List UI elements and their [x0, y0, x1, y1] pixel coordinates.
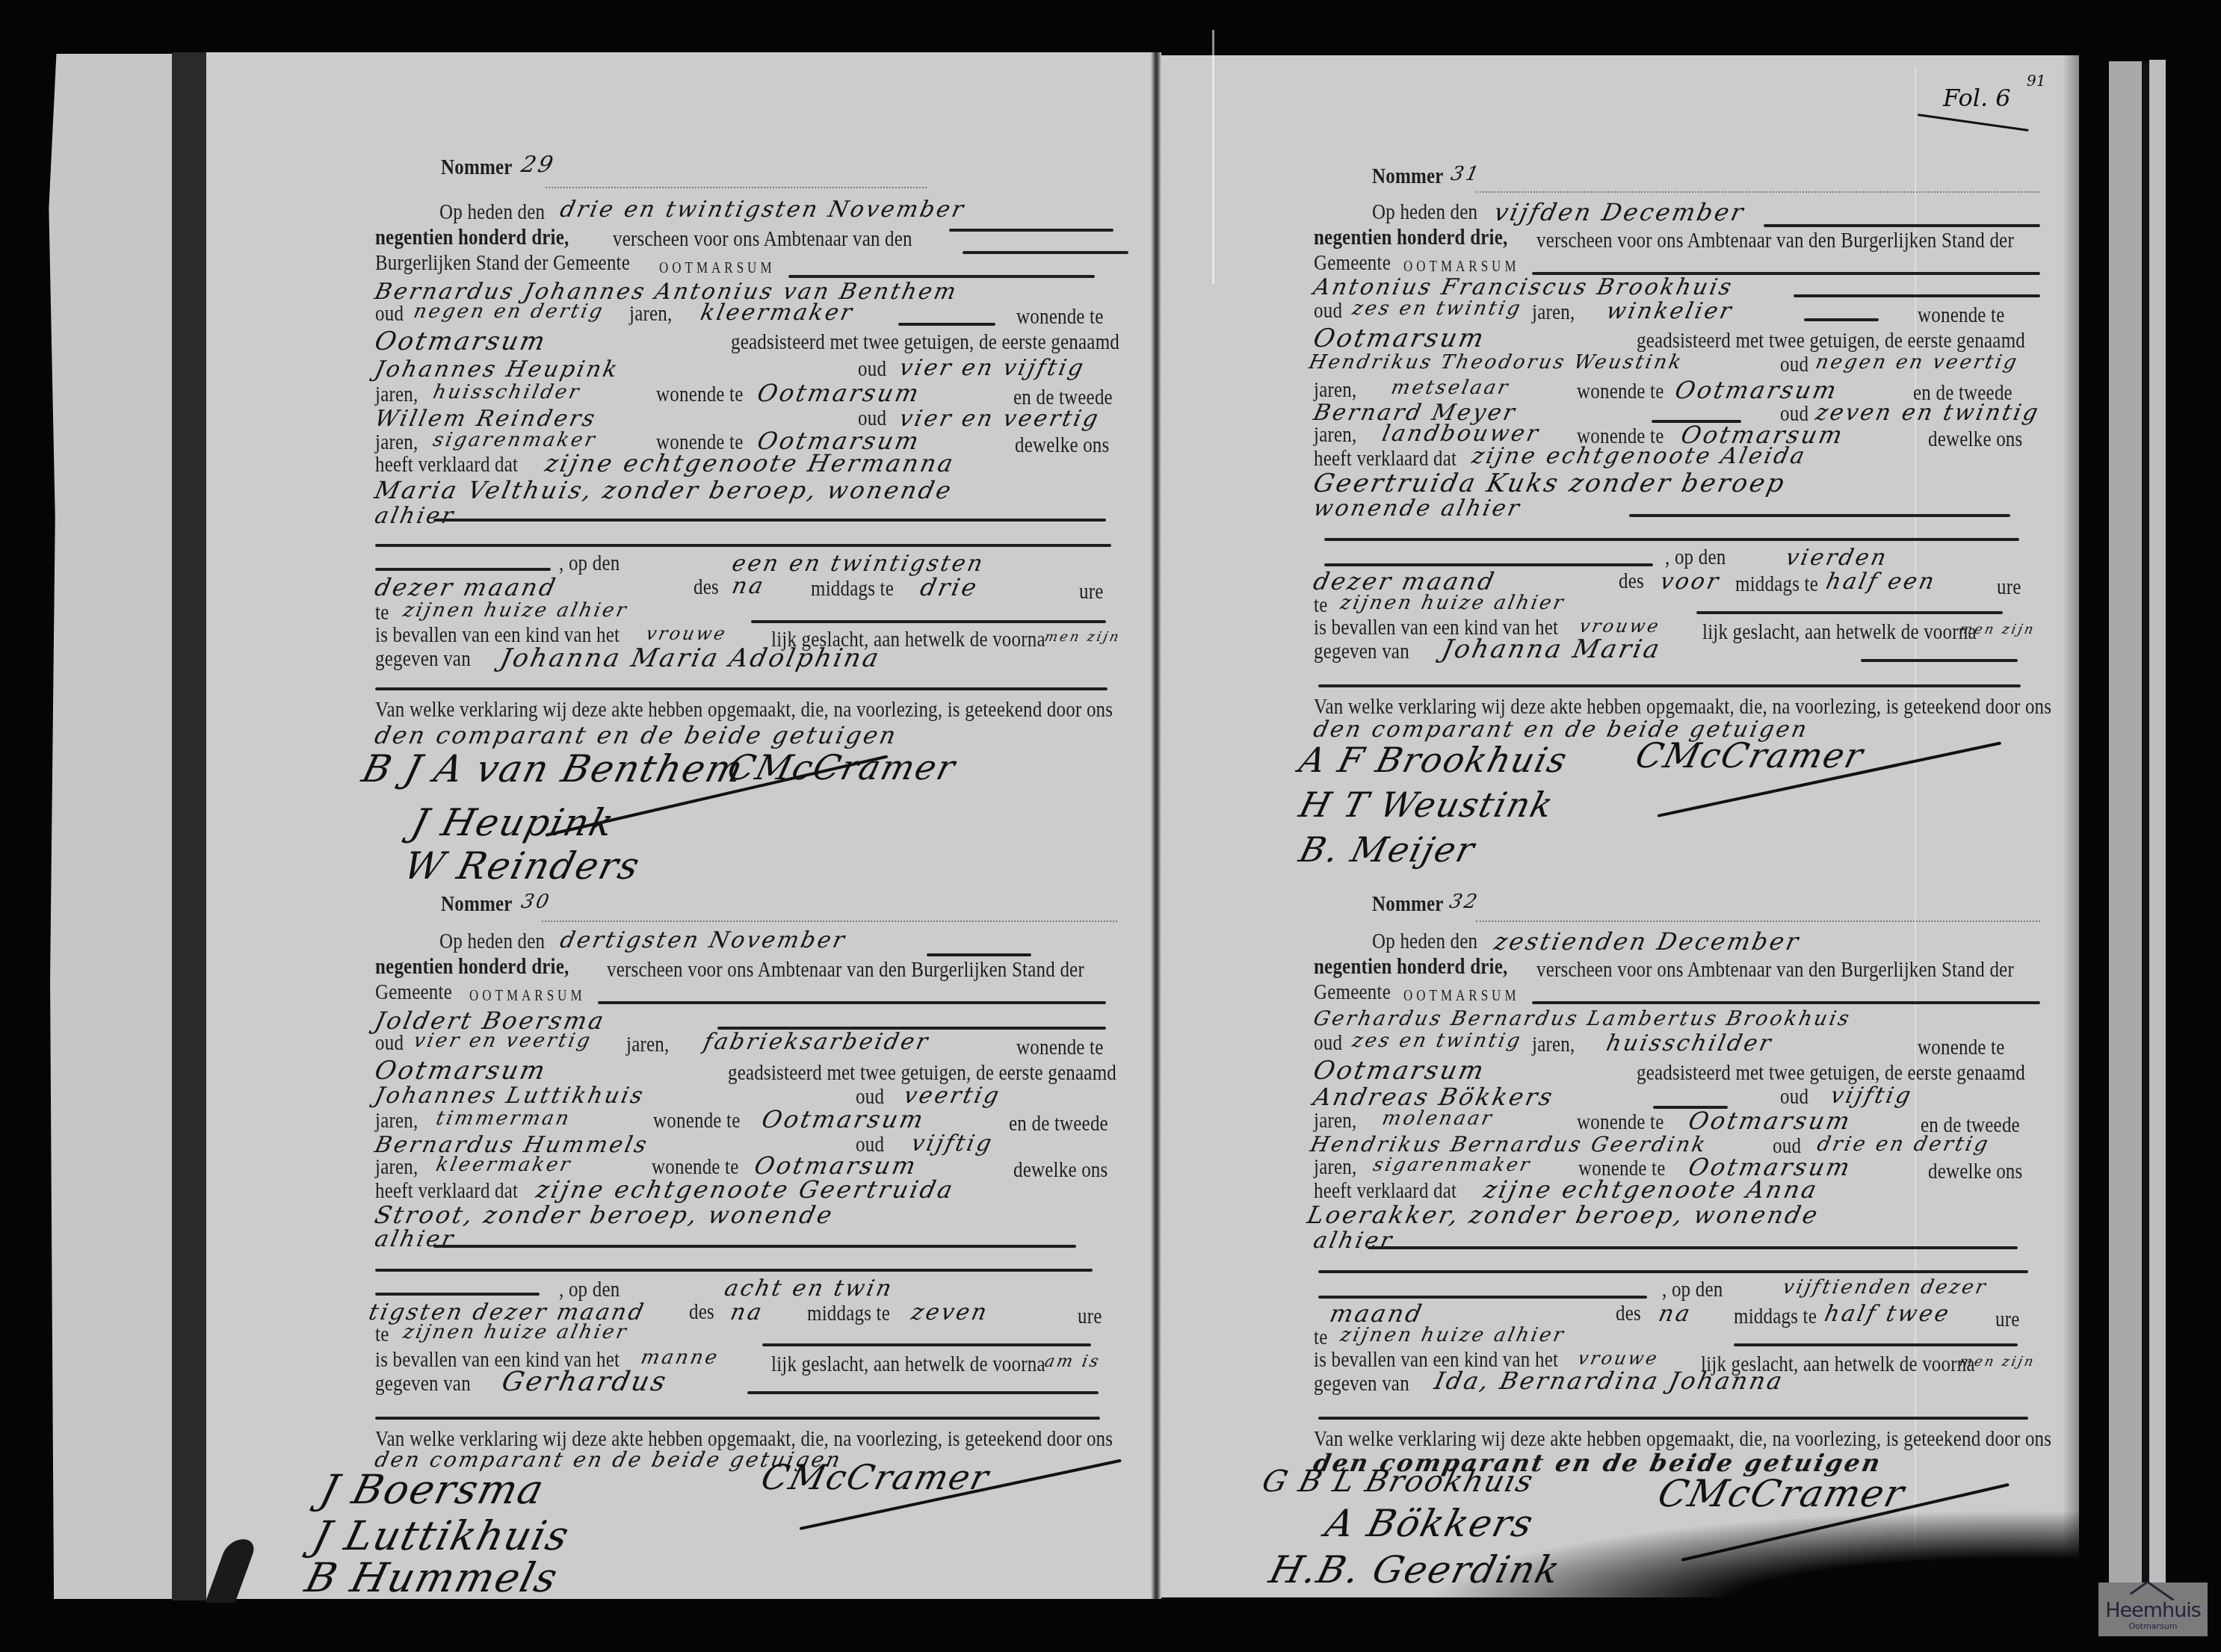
year-label: negentien honderd drie,	[1314, 956, 1507, 979]
signature-witness-1: J Heupink	[407, 801, 620, 844]
signature-comparant: J Boersma	[315, 1466, 550, 1513]
child-names: Johanna Maria	[1439, 637, 1664, 662]
van-welke-label: Van welke verklaring wij deze akte hebbe…	[1314, 1429, 2051, 1451]
comparant-residence: Ootmarsum	[1311, 1058, 1488, 1083]
spouse-line-1: zijne echtgenoote Aleida	[1470, 445, 1808, 468]
birth-hour: half twee	[1823, 1303, 1953, 1325]
child-sex: vrouwe	[1576, 1349, 1661, 1367]
gemeente-label: Gemeente	[1314, 253, 1391, 275]
signature-comparant: G B L Brookhuis	[1258, 1464, 1537, 1499]
birth-place: zijnen huize alhier	[1338, 1325, 1567, 1345]
birth-day: een en twintigsten	[730, 553, 986, 575]
witness1-name: Johannes Luttikhuis	[373, 1085, 647, 1107]
middags-label: middags te	[1734, 1306, 1817, 1328]
op-heden-label: Op heden den	[1372, 202, 1477, 224]
witness1-age: vier en vijftig	[898, 357, 1087, 380]
fill-rule	[375, 544, 1111, 547]
next-page-edge	[2109, 61, 2142, 1593]
te-label: te	[1314, 1327, 1327, 1349]
oud-label: oud	[1780, 354, 1808, 377]
spouse-line-2: Maria Velthuis, zonder beroep, wonende	[373, 478, 955, 502]
record-date: zestienden December	[1492, 929, 1803, 953]
record-date: vijfden December	[1492, 200, 1748, 224]
gegeven-van-label: gegeven van	[1314, 641, 1409, 663]
nommer-label: Nommer	[441, 157, 513, 179]
heeft-verklaard-label: heeft verklaard dat	[375, 1181, 518, 1203]
child-names: Johanna Maria Adolphina	[498, 646, 883, 671]
fill-rule	[1734, 1343, 2018, 1346]
op-heden-label: Op heden den	[439, 931, 545, 953]
op-heden-label: Op heden den	[1372, 931, 1477, 953]
gemeente-label: Gemeente	[1314, 982, 1391, 1004]
comparant-occupation: winkelier	[1604, 300, 1735, 323]
voornamen-suffix: men zijn	[1958, 623, 2036, 637]
right-page-edge-shadow	[2063, 55, 2079, 1597]
voornamen-suffix: men zijn	[1958, 1355, 2036, 1369]
record-32: Nommer 32 Op heden den zestienden Decemb…	[1308, 889, 2055, 1457]
fill-line	[542, 921, 1117, 922]
signature-comparant: A F Brookhuis	[1295, 740, 1572, 780]
signature-witness-2: W Reinders	[400, 844, 645, 888]
fill-rule	[1368, 1246, 2018, 1249]
op-den-label: , op den	[1665, 547, 1726, 569]
left-flap-page	[46, 54, 172, 1599]
des-label: des	[689, 1302, 714, 1324]
fill-rule	[1318, 684, 2021, 687]
jaren-label: jaren,	[375, 432, 418, 454]
fill-line	[1476, 191, 2040, 193]
burgerlijken-label: Burgerlijken Stand der Gemeente	[375, 253, 630, 275]
op-den-label: , op den	[559, 553, 620, 575]
voornamen-suffix: men zijn	[1043, 631, 1122, 644]
jaren-label: jaren,	[1314, 424, 1356, 447]
birth-day-2: dezer maand	[373, 575, 560, 599]
jaren-label: jaren,	[375, 1157, 418, 1179]
fill-rule	[927, 953, 1031, 956]
geadsisteerd-label: geadsisteerd met twee getuigen, de eerst…	[1637, 1062, 2025, 1085]
spouse-line-3: wonende alhier	[1312, 498, 1524, 520]
gegeven-van-label: gegeven van	[1314, 1373, 1409, 1396]
witness2-age: drie en dertig	[1815, 1134, 1992, 1154]
page-corner-shadow	[1420, 1509, 2092, 1606]
wonende-label: wonende te	[1016, 1037, 1104, 1059]
spouse-line-3: alhier	[373, 505, 457, 528]
witness1-occupation: timmerman	[434, 1109, 572, 1128]
te-label: te	[1314, 595, 1327, 617]
record-number: 32	[1448, 892, 1481, 912]
fill-rule	[433, 1245, 1076, 1248]
witness2-age: zeven en twintig	[1814, 402, 2042, 424]
folio-number: 91	[2027, 72, 2045, 90]
fill-rule	[1794, 294, 2040, 297]
fill-rule	[1318, 1417, 2028, 1420]
jaren-label: jaren,	[629, 303, 672, 326]
ure-label: ure	[1997, 577, 2021, 599]
comparant-occupation: huisschilder	[1604, 1033, 1775, 1055]
signature-witness-1: H T Weustink	[1295, 785, 1558, 825]
heeft-verklaard-label: heeft verklaard dat	[1314, 448, 1457, 471]
fill-line	[546, 187, 927, 188]
witness1-occupation: molenaar	[1380, 1109, 1495, 1128]
witness2-name: Willem Reinders	[373, 408, 599, 430]
geadsisteerd-label: geadsisteerd met twee getuigen, de eerst…	[731, 332, 1119, 354]
year-label: negentien honderd drie,	[375, 227, 569, 250]
fill-rule	[1629, 514, 2010, 517]
record-number: 31	[1449, 164, 1483, 184]
spouse-line-1: zijne echtgenoote Hermanna	[543, 451, 957, 475]
fill-rule	[433, 519, 1106, 522]
comparant-occupation: fabrieksarbeider	[702, 1031, 932, 1054]
verscheen-label: verscheen voor ons Ambtenaar van den	[613, 229, 912, 251]
wonende-label: wonende te	[1918, 305, 2005, 327]
jaren-label: jaren,	[1314, 1157, 1356, 1179]
nommer-label: Nommer	[1372, 894, 1444, 916]
te-label: te	[375, 602, 389, 625]
fill-rule	[1324, 563, 1653, 566]
birth-day: vierden	[1784, 547, 1890, 569]
geadsisteerd-label: geadsisteerd met twee getuigen, de eerst…	[1637, 330, 2025, 353]
dewelke-label: dewelke ons	[1015, 435, 1109, 457]
comparant-age: zes en twintig	[1350, 299, 1524, 318]
oud-label: oud	[1314, 1033, 1342, 1055]
child-names: Gerhardus	[499, 1369, 670, 1396]
witness1-residence: Ootmarsum	[1673, 378, 1841, 402]
municipality: OOTMARSUM	[469, 989, 586, 1003]
witness1-age: negen en veertig	[1814, 353, 2020, 372]
oud-label: oud	[375, 303, 404, 326]
geadsisteerd-label: geadsisteerd met twee getuigen, de eerst…	[728, 1062, 1116, 1085]
birth-day-2: maand	[1328, 1302, 1426, 1325]
verscheen-label: verscheen voor ons Ambtenaar van den Bur…	[1536, 959, 2014, 982]
child-sex: vrouwe	[1578, 617, 1662, 635]
year-label: negentien honderd drie,	[1314, 227, 1507, 250]
heeft-verklaard-label: heeft verklaard dat	[375, 454, 518, 477]
child-names: Ida, Bernardina Johanna	[1433, 1369, 1787, 1393]
witness1-residence: Ootmarsum	[1687, 1109, 1854, 1133]
jaren-label: jaren,	[1532, 302, 1575, 324]
logo-subtitle: Ootmarsum	[2098, 1621, 2208, 1631]
wonende-label: wonende te	[1918, 1037, 2005, 1059]
gegeven-van-label: gegeven van	[375, 1373, 471, 1396]
witness2-occupation: landbouwer	[1380, 423, 1542, 445]
witness1-age: veertig	[902, 1085, 1003, 1107]
nommer-label: Nommer	[441, 894, 513, 916]
birth-hour: drie	[918, 575, 981, 599]
scan-crease	[1212, 30, 1214, 284]
witness1-occupation: metselaar	[1389, 378, 1511, 397]
wonende-label: wonende te	[1577, 381, 1664, 403]
oud-label: oud	[1780, 1086, 1808, 1109]
ure-label: ure	[1078, 1306, 1102, 1328]
witness1-name: Hendrikus Theodorus Weustink	[1307, 353, 1684, 372]
dewelke-label: dewelke ons	[1928, 429, 2022, 451]
record-date: drie en twintigsten November	[558, 199, 968, 221]
oud-label: oud	[858, 359, 886, 381]
fill-rule	[598, 1001, 1106, 1004]
comparant-age: vier en veertig	[412, 1031, 593, 1051]
comparant-name: Antonius Franciscus Brookhuis	[1312, 276, 1735, 299]
comparant-residence: Ootmarsum	[372, 329, 549, 354]
birth-place: zijnen huize alhier	[1338, 593, 1567, 613]
dewelke-label: dewelke ons	[1013, 1160, 1108, 1182]
te-label: te	[375, 1324, 389, 1346]
fill-rule	[1804, 318, 1879, 321]
van-welke-label: Van welke verklaring wij deze akte hebbe…	[375, 699, 1113, 722]
fill-rule	[762, 1343, 1091, 1346]
gemeente-label: Gemeente	[375, 982, 452, 1004]
record-29: Nommer 29 Op heden den drie en twintigst…	[359, 149, 1136, 747]
wonende-label: wonende te	[1577, 1112, 1664, 1134]
birth-hour: zeven	[909, 1302, 991, 1324]
op-heden-label: Op heden den	[439, 202, 545, 224]
fill-rule	[1318, 1296, 1647, 1299]
witness1-age: vijftig	[1829, 1085, 1915, 1107]
jaren-label: jaren,	[1314, 1110, 1356, 1133]
folio-annotation: Fol. 6	[1943, 84, 2011, 112]
signature-comparant: B J A van Benthem	[358, 747, 749, 791]
witness1-residence: Ootmarsum	[760, 1107, 927, 1131]
signature-official: CMcCramer	[757, 1457, 994, 1497]
fill-rule	[949, 229, 1113, 232]
witness1-name: Andreas Bökkers	[1312, 1085, 1557, 1109]
witness2-name: Hendrikus Bernardus Geerdink	[1309, 1134, 1709, 1155]
spouse-line-2: Loerakker, zonder beroep, wonende	[1306, 1203, 1822, 1227]
verscheen-label: verscheen voor ons Ambtenaar van den Bur…	[1536, 230, 2014, 253]
op-den-label: , op den	[559, 1279, 620, 1302]
witness2-occupation: kleermaker	[434, 1155, 574, 1175]
birth-day: vijftienden dezer	[1781, 1278, 1989, 1297]
ure-label: ure	[1079, 581, 1104, 604]
signature-witness-2: B. Meijer	[1295, 829, 1480, 870]
spouse-line-1: zijne echtgenoote Anna	[1482, 1178, 1821, 1201]
lijk-geslacht-label: lijk geslacht, aan hetwelk de voorna	[1702, 622, 1977, 644]
jaren-label: jaren,	[626, 1034, 669, 1057]
child-sex: manne	[639, 1348, 721, 1367]
voornamen-suffix: am is	[1043, 1354, 1102, 1370]
spouse-line-2: Geertruida Kuks zonder beroep	[1311, 471, 1788, 496]
jaren-label: jaren,	[1532, 1034, 1575, 1057]
van-welke-label: Van welke verklaring wij deze akte hebbe…	[1314, 696, 2051, 719]
oud-label: oud	[1314, 300, 1342, 323]
comparant-name: Gerhardus Bernardus Lambertus Brookhuis	[1312, 1009, 1853, 1029]
middags-label: middags te	[811, 578, 894, 601]
comparant-residence: Ootmarsum	[1311, 326, 1488, 351]
fill-rule	[1861, 659, 2018, 662]
witness1-residence: Ootmarsum	[756, 381, 923, 405]
year-label: negentien honderd drie,	[375, 956, 569, 979]
wonende-label: wonende te	[1016, 306, 1104, 329]
spouse-line-1: zijne echtgenoote Geertruida	[534, 1178, 957, 1201]
en-de-tweede-label: en de tweede	[1009, 1113, 1108, 1136]
fill-rule	[1764, 224, 2040, 227]
fill-rule	[1696, 611, 2003, 614]
witness2-occupation: sigarenmaker	[431, 430, 599, 450]
record-number: 30	[519, 892, 553, 912]
birth-day-2: dezer maand	[1312, 569, 1498, 593]
municipality: OOTMARSUM	[1403, 989, 1520, 1003]
witness1-name: Johannes Heupink	[373, 359, 622, 381]
am-pm: voor	[1658, 571, 1723, 593]
record-date: dertigsten November	[558, 929, 848, 952]
am-pm: na	[1657, 1303, 1694, 1325]
witness2-age: vier en veertig	[898, 408, 1102, 430]
fill-rule	[375, 687, 1108, 690]
next-page-edge-outer	[2149, 60, 2166, 1591]
comparant-occupation: kleermaker	[699, 302, 856, 324]
fill-rule	[751, 620, 1106, 623]
am-pm: na	[730, 575, 767, 598]
next-page-binding-line	[2142, 61, 2149, 1593]
ure-label: ure	[1995, 1309, 2020, 1331]
fill-line	[1476, 921, 2040, 922]
birth-day: acht en twin	[723, 1278, 895, 1300]
wonende-label: wonende te	[653, 1110, 741, 1133]
fill-rule	[788, 275, 1095, 278]
birth-place: zijnen huize alhier	[401, 1322, 630, 1342]
municipality: OOTMARSUM	[659, 261, 776, 276]
nommer-label: Nommer	[1372, 166, 1444, 188]
signature-official: CMcCramer	[1631, 735, 1868, 776]
record-31: Nommer 31 Op heden den vijfden December …	[1308, 157, 2055, 740]
heeft-verklaard-label: heeft verklaard dat	[1314, 1181, 1457, 1203]
heemhuis-logo: Heemhuis Ootmarsum	[2098, 1583, 2208, 1636]
middags-label: middags te	[807, 1303, 890, 1325]
closing-text: den comparant en de beide getuigen	[373, 723, 901, 747]
verscheen-label: verscheen voor ons Ambtenaar van den Bur…	[607, 959, 1084, 982]
fill-rule	[898, 323, 995, 326]
birth-place: zijnen huize alhier	[401, 601, 630, 620]
fill-rule	[1532, 1001, 2040, 1004]
lijk-geslacht-label: lijk geslacht, aan hetwelk de voorna	[771, 1354, 1045, 1376]
middags-label: middags te	[1735, 574, 1818, 596]
comparant-age: zes en twintig	[1350, 1031, 1524, 1051]
record-number: 29	[519, 154, 557, 176]
child-sex: vrouwe	[644, 625, 729, 643]
fill-rule	[375, 1417, 1100, 1420]
jaren-label: jaren,	[375, 1110, 418, 1133]
gegeven-van-label: gegeven van	[375, 649, 471, 671]
fill-rule	[1324, 538, 2019, 541]
oud-label: oud	[375, 1033, 404, 1055]
municipality: OOTMARSUM	[1403, 259, 1520, 274]
witness2-age: vijftig	[909, 1133, 995, 1155]
birth-hour: half een	[1824, 571, 1939, 593]
witness1-occupation: huisschilder	[431, 383, 582, 402]
comparant-age: negen en dertig	[412, 302, 606, 321]
fill-rule	[963, 251, 1128, 254]
fill-rule	[1318, 1270, 2028, 1273]
book-binding	[172, 52, 206, 1600]
page-gutter	[1151, 52, 1161, 1599]
des-label: des	[1619, 571, 1644, 593]
fill-rule	[747, 1391, 1099, 1394]
signature-witness-1: J Luttikhuis	[308, 1512, 575, 1559]
wonende-label: wonende te	[656, 384, 744, 406]
op-den-label: , op den	[1662, 1279, 1723, 1302]
spouse-line-2: Stroot, zonder beroep, wonende	[373, 1203, 836, 1227]
dewelke-label: dewelke ons	[1928, 1161, 2022, 1184]
des-label: des	[694, 577, 719, 599]
fill-rule	[375, 1269, 1093, 1272]
fill-rule	[375, 1293, 540, 1296]
jaren-label: jaren,	[375, 384, 418, 406]
signature-witness-2: B Hummels	[300, 1554, 563, 1601]
comparant-residence: Ootmarsum	[372, 1058, 549, 1083]
am-pm: na	[729, 1302, 766, 1324]
fill-rule	[375, 568, 551, 571]
des-label: des	[1616, 1303, 1641, 1325]
witness2-occupation: sigarenmaker	[1371, 1155, 1533, 1174]
witness2-residence: Ootmarsum	[753, 1154, 920, 1178]
record-30: Nommer 30 Op heden den dertigsten Novemb…	[359, 889, 1136, 1457]
jaren-label: jaren,	[1314, 380, 1356, 402]
